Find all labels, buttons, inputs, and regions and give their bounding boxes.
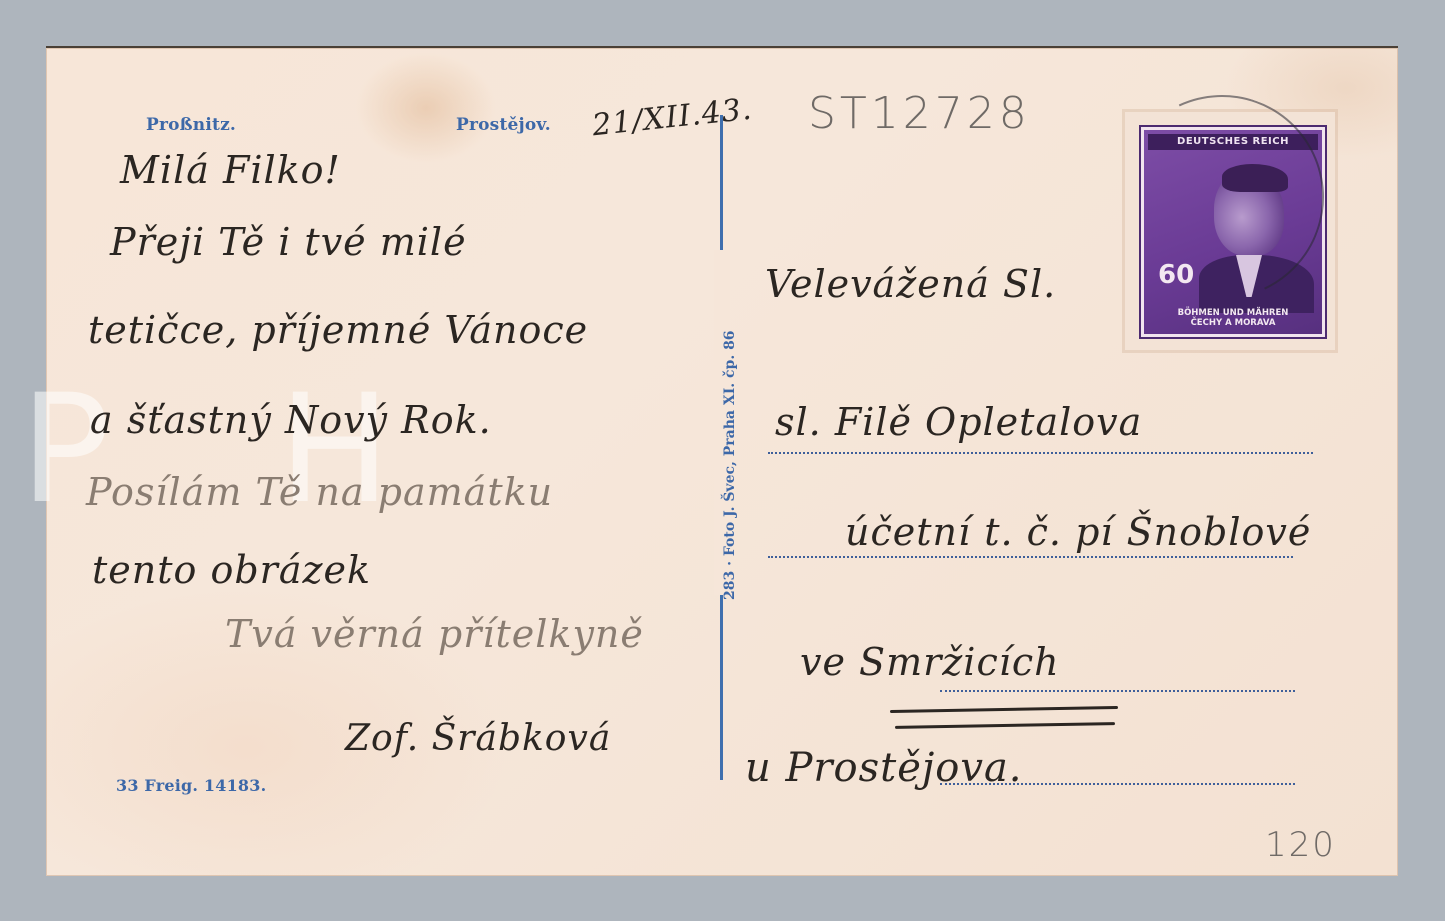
address-dotted-line (768, 452, 1313, 454)
stamp-country: BÖHMEN UND MÄHREN ČECHY A MORAVA (1148, 308, 1318, 328)
message-salutation: Milá Filko! (120, 148, 341, 192)
message-line: tento obrázek (92, 548, 371, 592)
address-dotted-line (940, 783, 1295, 785)
stamp-country-line: ČECHY A MORAVA (1148, 318, 1318, 328)
publisher-code: 33 Freig. 14183. (116, 776, 266, 795)
price-mark: 120 (1265, 825, 1336, 865)
message-signature: Zof. Šrábková (345, 718, 611, 759)
printed-town-german: Proßnitz. (146, 115, 236, 135)
message-line: a šťastný Nový Rok. (90, 398, 492, 442)
inventory-mark: ST12728 (808, 88, 1031, 139)
photo-imprint: 283 · Foto J. Švec, Praha XI. čp. 86 (722, 330, 738, 600)
message-line: Posílám Tě na památku (86, 470, 553, 514)
address-line: Velevážená Sl. (765, 262, 1056, 306)
address-line: sl. Filě Opletalova (775, 400, 1142, 444)
message-line: Přeji Tě i tvé milé (110, 220, 467, 264)
stamp-country-line: BÖHMEN UND MÄHREN (1148, 308, 1318, 318)
address-dotted-line (768, 556, 1293, 558)
address-line: účetní t. č. pí Šnoblové (845, 510, 1311, 554)
message-closing: Tvá věrná přítelkyně (225, 612, 644, 656)
printed-town-czech: Prostějov. (456, 115, 551, 135)
address-line: ve Smržicích (800, 640, 1060, 684)
message-line: tetičce, příjemné Vánoce (88, 308, 588, 352)
address-dotted-line (940, 690, 1295, 692)
